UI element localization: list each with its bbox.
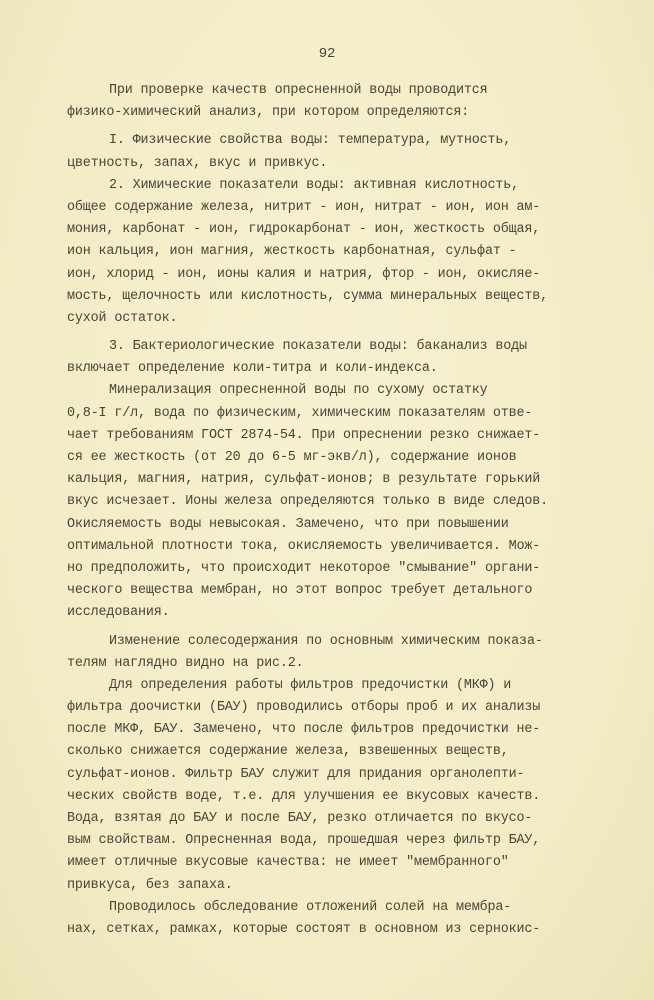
text-line: вым свойствам. Опресненная вода, прошедш… — [67, 830, 587, 852]
text-line: мония, карбонат - ион, гидрокарбонат - и… — [67, 219, 587, 241]
text-line: ион кальция, ион магния, жесткость карбо… — [67, 241, 587, 263]
text-line: 0,8-I г/л, вода по физическим, химически… — [67, 403, 587, 425]
text-line: физико-химический анализ, при котором оп… — [67, 102, 587, 124]
text-line: но предположить, что происходит некоторо… — [67, 558, 587, 580]
paragraph-item-2: 2. Химические показатели воды: активная … — [67, 175, 587, 330]
text-line: Проводилось обследование отложений солей… — [67, 897, 587, 919]
text-line: ион, хлорид - ион, ионы калия и натрия, … — [67, 264, 587, 286]
text-line: 2. Химические показатели воды: активная … — [67, 175, 587, 197]
text-line: нах, сетках, рамках, которые состоят в о… — [67, 919, 587, 941]
text-line: ся ее жесткость (от 20 до 6-5 мг-экв/л),… — [67, 447, 587, 469]
text-line: Изменение солесодержания по основным хим… — [67, 631, 587, 653]
text-line: привкуса, без запаха. — [67, 875, 587, 897]
body-text: При проверке качеств опресненной воды пр… — [67, 80, 587, 941]
paragraph-item-3: 3. Бактериологические показатели воды: б… — [67, 336, 587, 380]
text-line: I. Физические свойства воды: температура… — [67, 130, 587, 152]
text-line: ческого вещества мембран, но этот вопрос… — [67, 580, 587, 602]
paragraph-mineralization: Минерализация опресненной воды по сухому… — [67, 380, 587, 624]
document-page: 92 При проверке качеств опресненной воды… — [0, 0, 654, 1000]
text-line: вкус исчезает. Ионы железа определяются … — [67, 491, 587, 513]
text-line: чает требованиям ГОСТ 2874-54. При опрес… — [67, 425, 587, 447]
text-line: При проверке качеств опресненной воды пр… — [67, 80, 587, 102]
paragraph-filters: Для определения работы фильтров предочис… — [67, 675, 587, 897]
text-line: исследования. — [67, 602, 587, 624]
text-line: имеет отличные вкусовые качества: не име… — [67, 852, 587, 874]
text-line: сухой остаток. — [67, 308, 587, 330]
text-line: Минерализация опресненной воды по сухому… — [67, 380, 587, 402]
page-number: 92 — [0, 46, 654, 62]
text-line: Окисляемость воды невысокая. Замечено, ч… — [67, 514, 587, 536]
text-line: оптимальной плотности тока, окисляемость… — [67, 536, 587, 558]
text-line: кальция, магния, натрия, сульфат-ионов; … — [67, 469, 587, 491]
text-line: 3. Бактериологические показатели воды: б… — [67, 336, 587, 358]
text-line: сколько снижается содержание железа, взв… — [67, 741, 587, 763]
text-line: ческих свойств воде, т.е. для улучшения … — [67, 786, 587, 808]
text-line: Вода, взятая до БАУ и после БАУ, резко о… — [67, 808, 587, 830]
text-line: телям наглядно видно на рис.2. — [67, 653, 587, 675]
paragraph-deposits: Проводилось обследование отложений солей… — [67, 897, 587, 941]
paragraph-item-1: I. Физические свойства воды: температура… — [67, 130, 587, 174]
text-line: мость, щелочность или кислотность, сумма… — [67, 286, 587, 308]
paragraph-intro: При проверке качеств опресненной воды пр… — [67, 80, 587, 124]
text-line: после МКФ, БАУ. Замечено, что после филь… — [67, 719, 587, 741]
text-line: включает определение коли-титра и коли-и… — [67, 358, 587, 380]
text-line: фильтра доочистки (БАУ) проводились отбо… — [67, 697, 587, 719]
text-line: общее содержание железа, нитрит - ион, н… — [67, 197, 587, 219]
text-line: цветность, запах, вкус и привкус. — [67, 153, 587, 175]
text-line: Для определения работы фильтров предочис… — [67, 675, 587, 697]
text-line: сульфат-ионов. Фильтр БАУ служит для при… — [67, 764, 587, 786]
paragraph-salt-change: Изменение солесодержания по основным хим… — [67, 631, 587, 675]
